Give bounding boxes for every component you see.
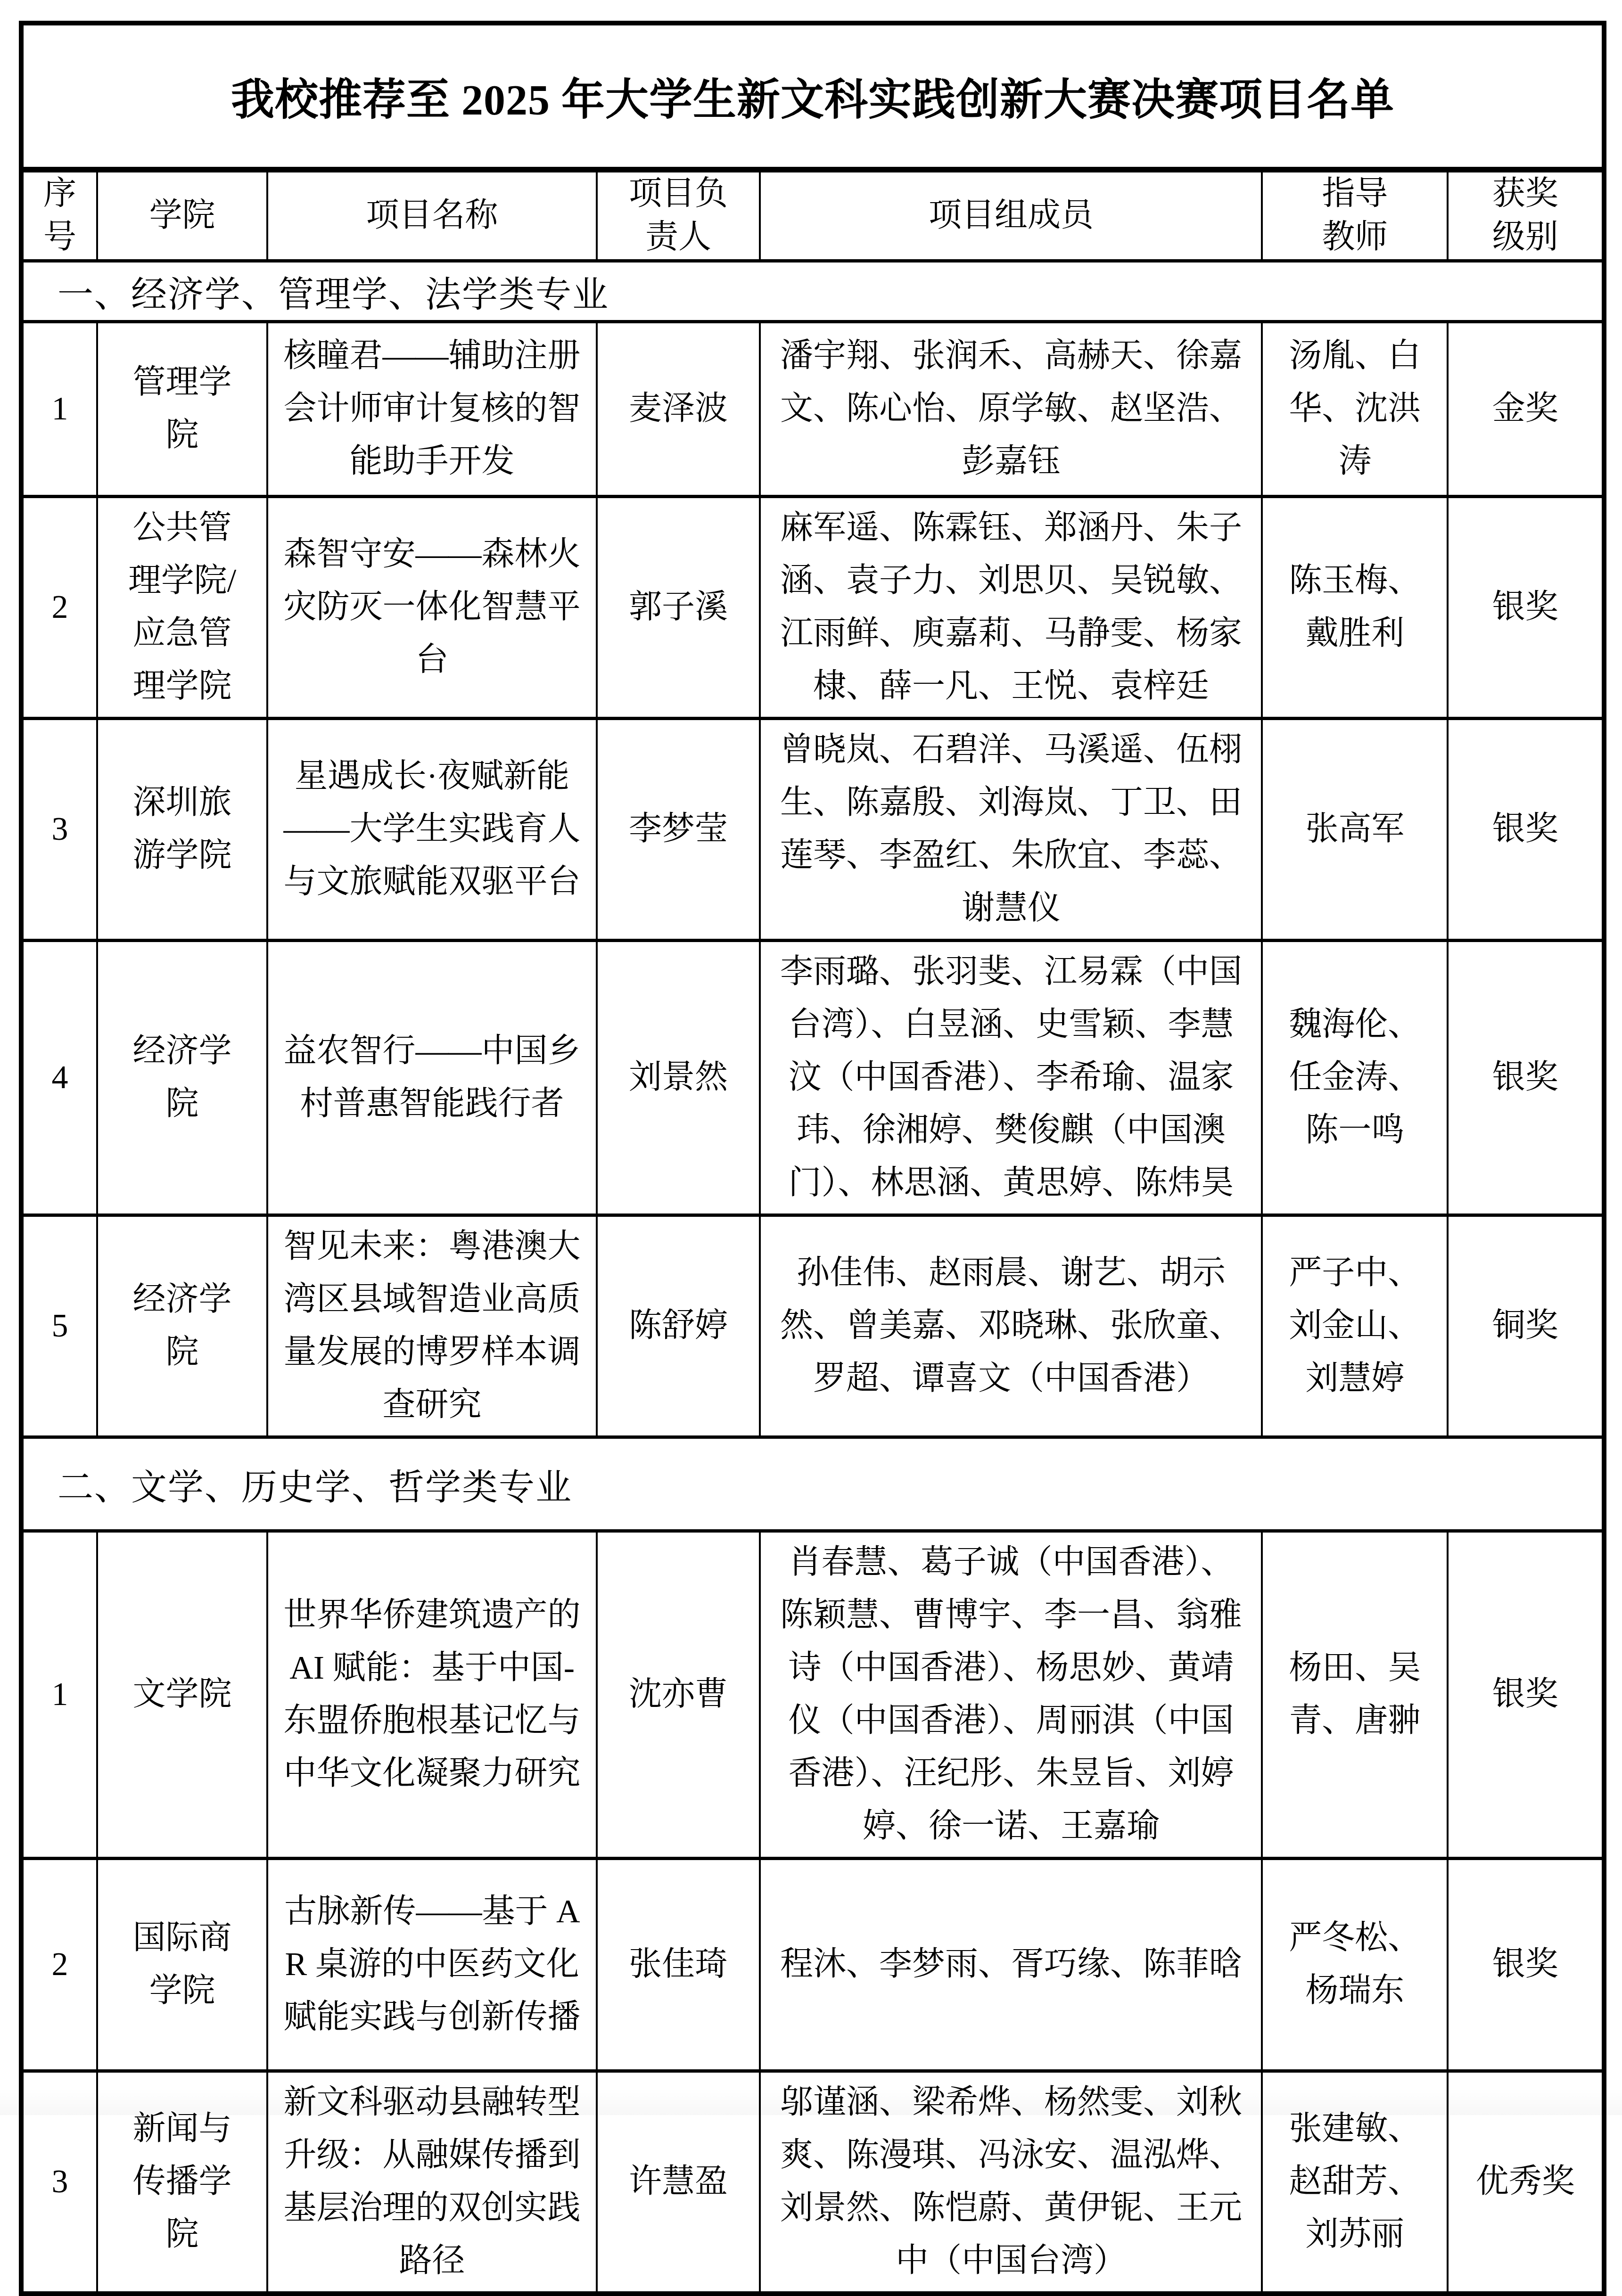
project-name-cell: 星遇成长·夜赋新能——大学生实践育人与文旅赋能双驱平台 xyxy=(267,719,596,941)
college-cell: 管理学院 xyxy=(97,322,268,497)
leader-cell: 李梦莹 xyxy=(597,719,760,941)
leader-cell: 许慧盈 xyxy=(597,2071,760,2294)
award-project-table: 我校推荐至 2025 年大学生新文科实践创新大赛决赛项目名单 序号 学院 项目名… xyxy=(19,21,1606,2296)
table-row: 3深圳旅游学院星遇成长·夜赋新能——大学生实践育人与文旅赋能双驱平台李梦莹曾晓岚… xyxy=(21,719,1604,941)
project-name-cell: 新文科驱动县融转型升级：从融媒传播到基层治理的双创实践路径 xyxy=(267,2071,596,2294)
index-cell: 3 xyxy=(21,719,97,941)
table-row: 2国际商学院古脉新传——基于 AR 桌游的中医药文化赋能实践与创新传播张佳琦程沐… xyxy=(21,1859,1604,2071)
teachers-cell: 陈玉梅、戴胜利 xyxy=(1262,497,1448,719)
teachers-cell: 严冬松、杨瑞东 xyxy=(1262,1859,1448,2071)
leader-cell: 刘景然 xyxy=(597,941,760,1215)
column-header-award-level: 获奖级别 xyxy=(1448,170,1604,261)
award-cell: 铜奖 xyxy=(1448,1215,1604,1437)
teachers-cell: 汤胤、白华、沈洪涛 xyxy=(1262,322,1448,497)
college-cell: 文学院 xyxy=(97,1531,268,1859)
college-cell: 深圳旅游学院 xyxy=(97,719,268,941)
award-cell: 银奖 xyxy=(1448,1859,1604,2071)
award-cell: 银奖 xyxy=(1448,941,1604,1215)
table-row: 3新闻与传播学院新文科驱动县融转型升级：从融媒传播到基层治理的双创实践路径许慧盈… xyxy=(21,2071,1604,2294)
table-body: 一、经济学、管理学、法学类专业1管理学院核瞳君——辅助注册会计师审计复核的智能助… xyxy=(21,261,1604,2294)
members-cell: 程沐、李梦雨、胥巧缘、陈菲晗 xyxy=(760,1859,1262,2071)
index-cell: 2 xyxy=(21,1859,97,2071)
title-row: 我校推荐至 2025 年大学生新文科实践创新大赛决赛项目名单 xyxy=(21,23,1604,170)
teachers-cell: 魏海伦、任金涛、陈一鸣 xyxy=(1262,941,1448,1215)
members-cell: 邬谨涵、梁希烨、杨然雯、刘秋爽、陈漫琪、冯泳安、温泓烨、刘景然、陈恺蔚、黄伊铌、… xyxy=(760,2071,1262,2294)
teachers-cell: 杨田、吴青、唐翀 xyxy=(1262,1531,1448,1859)
column-header-row: 序号 学院 项目名称 项目负责人 项目组成员 指导教师 获奖级别 xyxy=(21,170,1604,261)
leader-cell: 麦泽波 xyxy=(597,322,760,497)
column-header-project-name: 项目名称 xyxy=(267,170,596,261)
index-cell: 5 xyxy=(21,1215,97,1437)
table-row: 4经济学院益农智行——中国乡村普惠智能践行者刘景然李雨璐、张羽斐、江易霖（中国台… xyxy=(21,941,1604,1215)
teachers-cell: 严子中、刘金山、刘慧婷 xyxy=(1262,1215,1448,1437)
leader-cell: 陈舒婷 xyxy=(597,1215,760,1437)
index-cell: 3 xyxy=(21,2071,97,2294)
members-cell: 曾晓岚、石碧洋、马溪遥、伍栩生、陈嘉殷、刘海岚、丁卫、田莲琴、李盈红、朱欣宜、李… xyxy=(760,719,1262,941)
section-heading: 二、文学、历史学、哲学类专业 xyxy=(21,1437,1604,1531)
project-name-cell: 森智守安——森林火灾防灭一体化智慧平台 xyxy=(267,497,596,719)
table-row: 2公共管理学院/应急管理学院森智守安——森林火灾防灭一体化智慧平台郭子溪麻军遥、… xyxy=(21,497,1604,719)
table-row: 1管理学院核瞳君——辅助注册会计师审计复核的智能助手开发麦泽波潘宇翔、张润禾、高… xyxy=(21,322,1604,497)
members-cell: 潘宇翔、张润禾、高赫天、徐嘉文、陈心怡、原学敏、赵坚浩、彭嘉钰 xyxy=(760,322,1262,497)
leader-cell: 沈亦曹 xyxy=(597,1531,760,1859)
leader-cell: 郭子溪 xyxy=(597,497,760,719)
project-name-cell: 益农智行——中国乡村普惠智能践行者 xyxy=(267,941,596,1215)
section-heading-row: 二、文学、历史学、哲学类专业 xyxy=(21,1437,1604,1531)
teachers-cell: 张建敏、赵甜芳、刘苏丽 xyxy=(1262,2071,1448,2294)
index-cell: 1 xyxy=(21,1531,97,1859)
index-cell: 1 xyxy=(21,322,97,497)
members-cell: 孙佳伟、赵雨晨、谢艺、胡示然、曾美嘉、邓晓琳、张欣童、罗超、谭喜文（中国香港） xyxy=(760,1215,1262,1437)
project-name-cell: 智见未来：粤港澳大湾区县域智造业高质量发展的博罗样本调查研究 xyxy=(267,1215,596,1437)
table-row: 1文学院世界华侨建筑遗产的 AI 赋能：基于中国-东盟侨胞根基记忆与中华文化凝聚… xyxy=(21,1531,1604,1859)
college-cell: 经济学院 xyxy=(97,1215,268,1437)
award-cell: 银奖 xyxy=(1448,719,1604,941)
leader-cell: 张佳琦 xyxy=(597,1859,760,2071)
section-heading-row: 一、经济学、管理学、法学类专业 xyxy=(21,261,1604,322)
column-header-college: 学院 xyxy=(97,170,268,261)
award-cell: 银奖 xyxy=(1448,497,1604,719)
column-header-leader: 项目负责人 xyxy=(597,170,760,261)
project-name-cell: 核瞳君——辅助注册会计师审计复核的智能助手开发 xyxy=(267,322,596,497)
index-cell: 2 xyxy=(21,497,97,719)
college-cell: 公共管理学院/应急管理学院 xyxy=(97,497,268,719)
project-name-cell: 世界华侨建筑遗产的 AI 赋能：基于中国-东盟侨胞根基记忆与中华文化凝聚力研究 xyxy=(267,1531,596,1859)
column-header-teachers: 指导教师 xyxy=(1262,170,1448,261)
members-cell: 李雨璐、张羽斐、江易霖（中国台湾）、白昱涵、史雪颖、李慧汶（中国香港）、李希瑜、… xyxy=(760,941,1262,1215)
table-row: 5经济学院智见未来：粤港澳大湾区县域智造业高质量发展的博罗样本调查研究陈舒婷孙佳… xyxy=(21,1215,1604,1437)
award-cell: 金奖 xyxy=(1448,322,1604,497)
teachers-cell: 张高军 xyxy=(1262,719,1448,941)
college-cell: 新闻与传播学院 xyxy=(97,2071,268,2294)
members-cell: 肖春慧、葛子诚（中国香港）、陈颖慧、曹博宇、李一昌、翁雅诗（中国香港）、杨思妙、… xyxy=(760,1531,1262,1859)
column-header-members: 项目组成员 xyxy=(760,170,1262,261)
section-heading: 一、经济学、管理学、法学类专业 xyxy=(21,261,1604,322)
award-cell: 优秀奖 xyxy=(1448,2071,1604,2294)
page-title: 我校推荐至 2025 年大学生新文科实践创新大赛决赛项目名单 xyxy=(21,23,1604,170)
index-cell: 4 xyxy=(21,941,97,1215)
column-header-index: 序号 xyxy=(21,170,97,261)
project-name-cell: 古脉新传——基于 AR 桌游的中医药文化赋能实践与创新传播 xyxy=(267,1859,596,2071)
college-cell: 经济学院 xyxy=(97,941,268,1215)
members-cell: 麻军遥、陈霖钰、郑涵丹、朱子涵、袁子力、刘思贝、吴锐敏、江雨鲜、庾嘉莉、马静雯、… xyxy=(760,497,1262,719)
award-cell: 银奖 xyxy=(1448,1531,1604,1859)
college-cell: 国际商学院 xyxy=(97,1859,268,2071)
